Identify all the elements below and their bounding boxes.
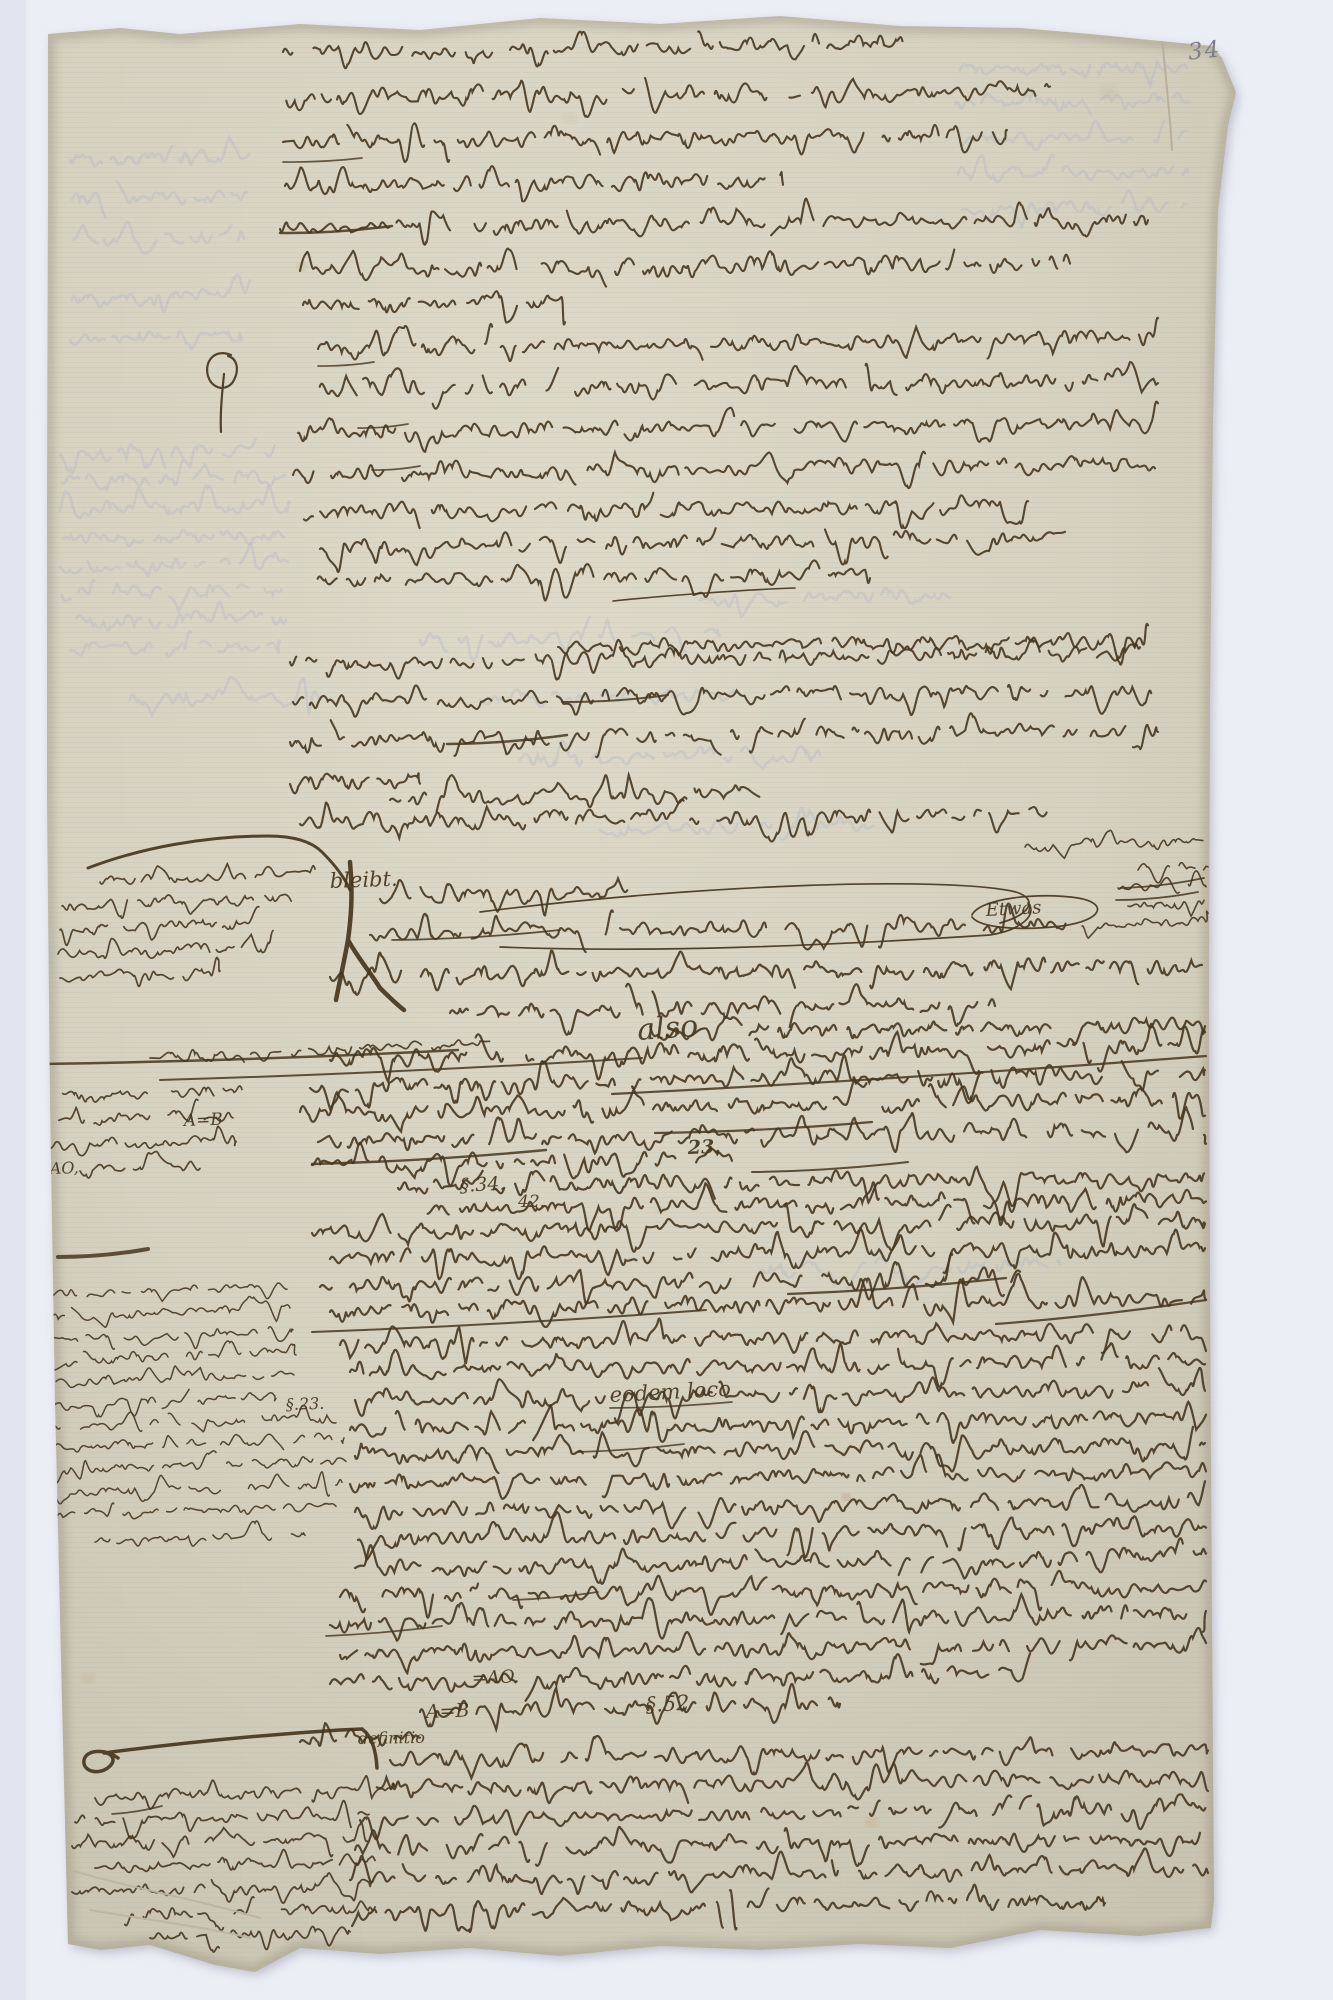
word-etwas: Etwas	[984, 897, 1042, 921]
number-23: 23.	[686, 1136, 721, 1159]
formula-a-equals-b-margin: A=B	[181, 1110, 223, 1131]
stain-spot	[82, 1673, 94, 1683]
backing-seam	[0, 0, 26, 2000]
word-also: also	[636, 1009, 699, 1048]
word-bleibt: bleibt.	[329, 867, 398, 893]
number-42: 42.	[517, 1192, 545, 1212]
stain-spot	[866, 1817, 878, 1827]
section-34: §.34.	[459, 1173, 506, 1197]
manuscript-graphic: also§.34.42.23.eodem locoEtwasbleibt.A=B…	[0, 0, 1333, 2000]
stain-spot	[842, 1494, 850, 1500]
stain-spot	[563, 112, 577, 123]
formula-a-equals-b: A=B	[423, 1699, 469, 1723]
section-23: §.23.	[285, 1394, 324, 1414]
page-number: 34	[1187, 36, 1223, 65]
word-definitio: definitio	[358, 1728, 425, 1748]
formula-ao-margin: AO,	[47, 1158, 78, 1178]
section-52: §.52	[645, 1691, 690, 1717]
formula-equals-ao: =AO.	[471, 1666, 519, 1689]
scanned-manuscript-page: also§.34.42.23.eodem locoEtwasbleibt.A=B…	[0, 0, 1333, 2000]
